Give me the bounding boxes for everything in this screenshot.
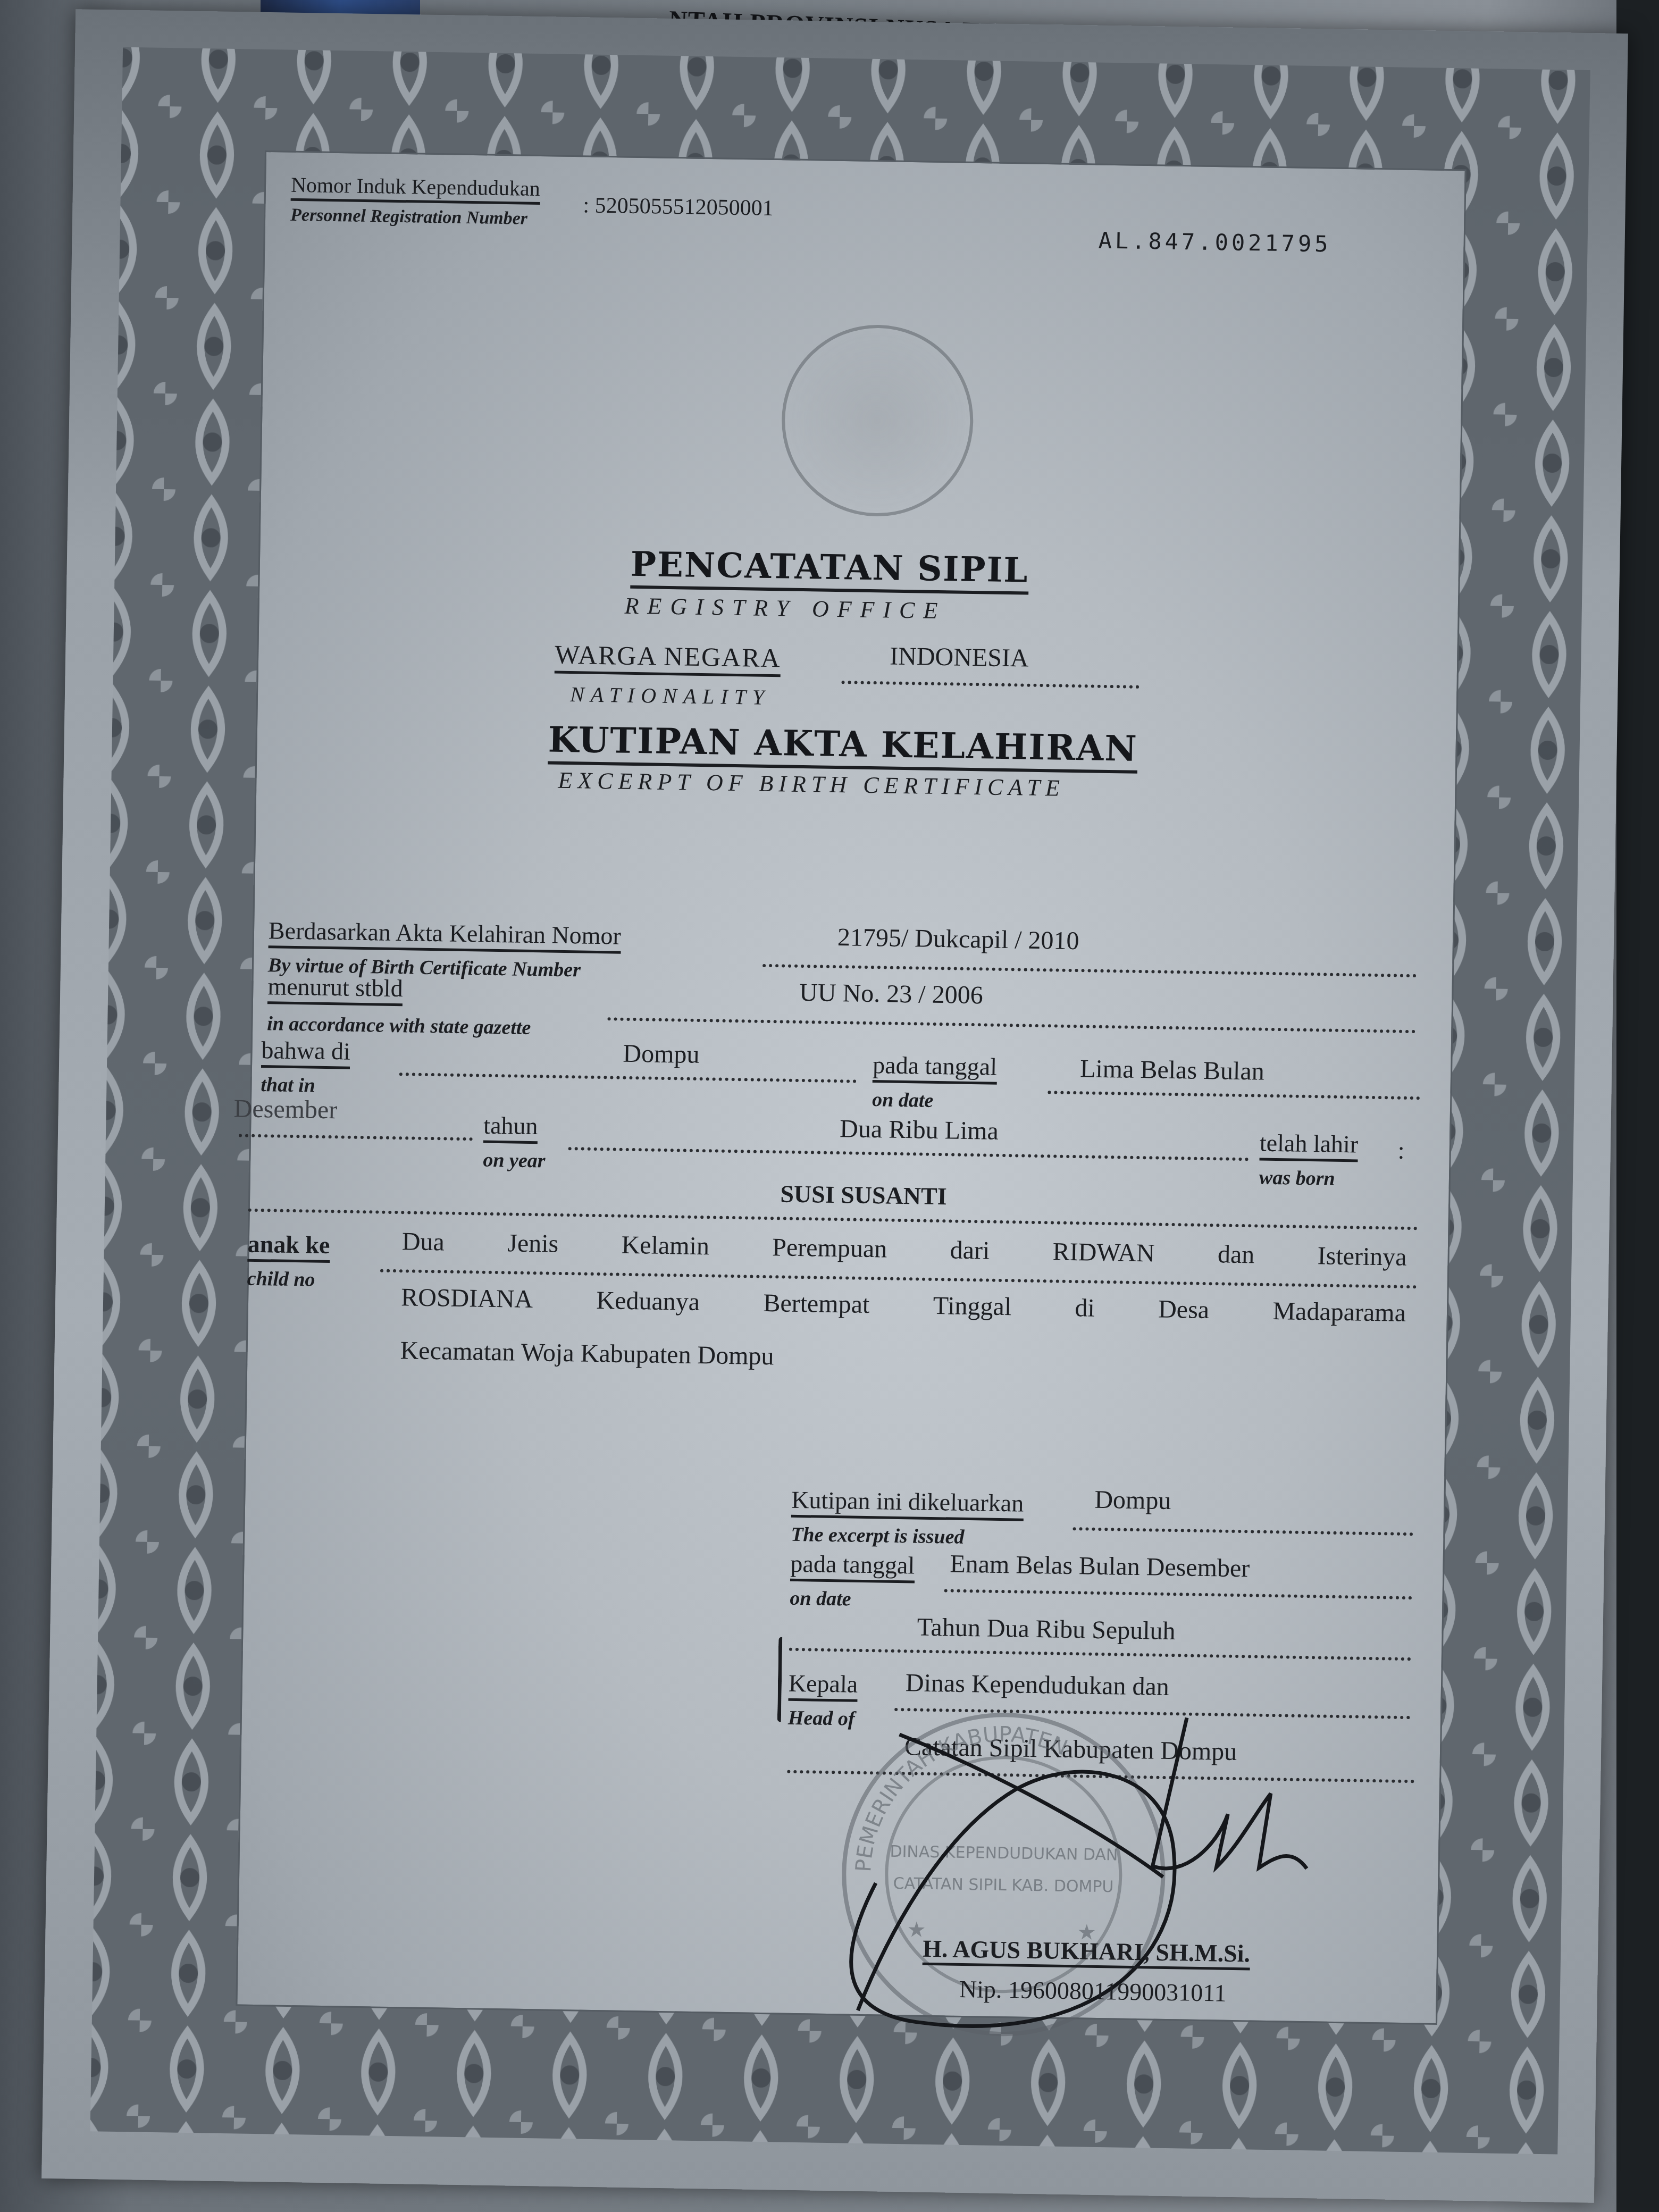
child-detail-word: dari	[950, 1235, 990, 1265]
birth-certificate: Nomor Induk Kependudukan Personnel Regis…	[41, 9, 1628, 2202]
child-detail-word: Jenis	[507, 1228, 559, 1259]
document-title: KUTIPAN AKTA KELAHIRAN	[548, 718, 1138, 773]
issued-label: Kutipan ini dikeluarkan	[791, 1486, 1024, 1521]
was-born-label-en: was born	[1259, 1166, 1335, 1191]
child-no-label: anak ke	[247, 1230, 330, 1263]
child-detail-word: Desa	[1158, 1295, 1210, 1325]
issued-label-en: The excerpt is issued	[791, 1523, 965, 1549]
issued-date-label-en: on date	[790, 1587, 851, 1611]
gazette-label: menurut stbld	[267, 972, 403, 1006]
gazette-label-en: in accordance with state gazette	[267, 1012, 531, 1040]
child-detail-word: di	[1075, 1293, 1095, 1323]
bracket-mark	[777, 1637, 787, 1722]
child-detail-word: ROSDIANA	[401, 1283, 533, 1314]
child-detail-word: Perempuan	[772, 1233, 887, 1263]
cert-number-label: Berdasarkan Akta Kelahiran Nomor	[269, 916, 622, 953]
office-title-en: REGISTRY OFFICE	[624, 592, 946, 624]
gazette-value: UU No. 23 / 2006	[799, 978, 983, 1010]
child-detail-word: Madaparama	[1272, 1296, 1406, 1328]
cert-number-value: 21795/ Dukcapil / 2010	[837, 923, 1079, 956]
issued-date-line-2: Tahun Dua Ribu Sepuluh	[917, 1613, 1176, 1646]
child-detail-word: Kelamin	[621, 1230, 709, 1261]
birthdate-value: Lima Belas Bulan	[1080, 1054, 1264, 1086]
nationality-value: INDONESIA	[890, 642, 1029, 673]
child-detail-word: Bertempat	[763, 1288, 870, 1319]
stamp-inner-line-2: CATATAN SIPIL KAB. DOMPU	[893, 1874, 1113, 1897]
birthplace-label: bahwa di	[261, 1036, 350, 1069]
nik-value: : 5205055512050001	[583, 192, 774, 221]
child-detail-word: Keduanya	[596, 1286, 700, 1317]
birthdate-label-en: on date	[872, 1088, 934, 1112]
signatory-nip: Nip. 196008011990031011	[959, 1975, 1227, 2007]
stamp-inner-line-1: DINAS KEPENDUDUKAN DAN	[890, 1842, 1118, 1865]
signatory-name: H. AGUS BUKHARI, SH.M.Si.	[923, 1934, 1251, 1971]
child-detail-word: Tinggal	[933, 1291, 1011, 1321]
birthplace-value: Dompu	[623, 1039, 700, 1069]
birthyear-label-en: on year	[483, 1149, 546, 1173]
child-detail-word: dan	[1218, 1239, 1255, 1269]
nik-label: Nomor Induk Kependudukan	[291, 172, 541, 205]
child-detail-word: RIDWAN	[1052, 1237, 1155, 1268]
child-no-label-en: child no	[247, 1267, 315, 1292]
child-detail-word: Isterinya	[1317, 1241, 1407, 1272]
issued-date-line-1: Enam Belas Bulan Desember	[950, 1549, 1250, 1583]
birthdate-value-cont: Desember	[233, 1094, 337, 1125]
was-born-colon: :	[1397, 1136, 1405, 1164]
nationality-label: WARGA NEGARA	[555, 639, 781, 677]
birthyear-label: tahun	[483, 1111, 538, 1144]
birthdate-label: pada tanggal	[873, 1051, 998, 1085]
issued-date-label: pada tanggal	[790, 1549, 915, 1583]
birthyear-value: Dua Ribu Lima	[840, 1114, 999, 1146]
child-detail-word: Dua	[401, 1227, 445, 1256]
nationality-label-en: NATIONALITY	[570, 682, 771, 710]
serial-number: AL.847.0021795	[1098, 228, 1331, 257]
issued-place: Dompu	[1094, 1485, 1171, 1515]
head-label: Kepala	[788, 1669, 858, 1702]
head-office-line-1: Dinas Kependudukan dan	[906, 1668, 1170, 1702]
office-title: PENCATATAN SIPIL	[630, 544, 1029, 595]
birthplace-label-en: that in	[261, 1073, 315, 1097]
child-name: SUSI SUSANTI	[780, 1179, 947, 1210]
nik-label-en: Personnel Registration Number	[290, 205, 527, 229]
was-born-label: telah lahir	[1259, 1129, 1358, 1162]
child-details-line-3: Kecamatan Woja Kabupaten Dompu	[400, 1336, 774, 1371]
